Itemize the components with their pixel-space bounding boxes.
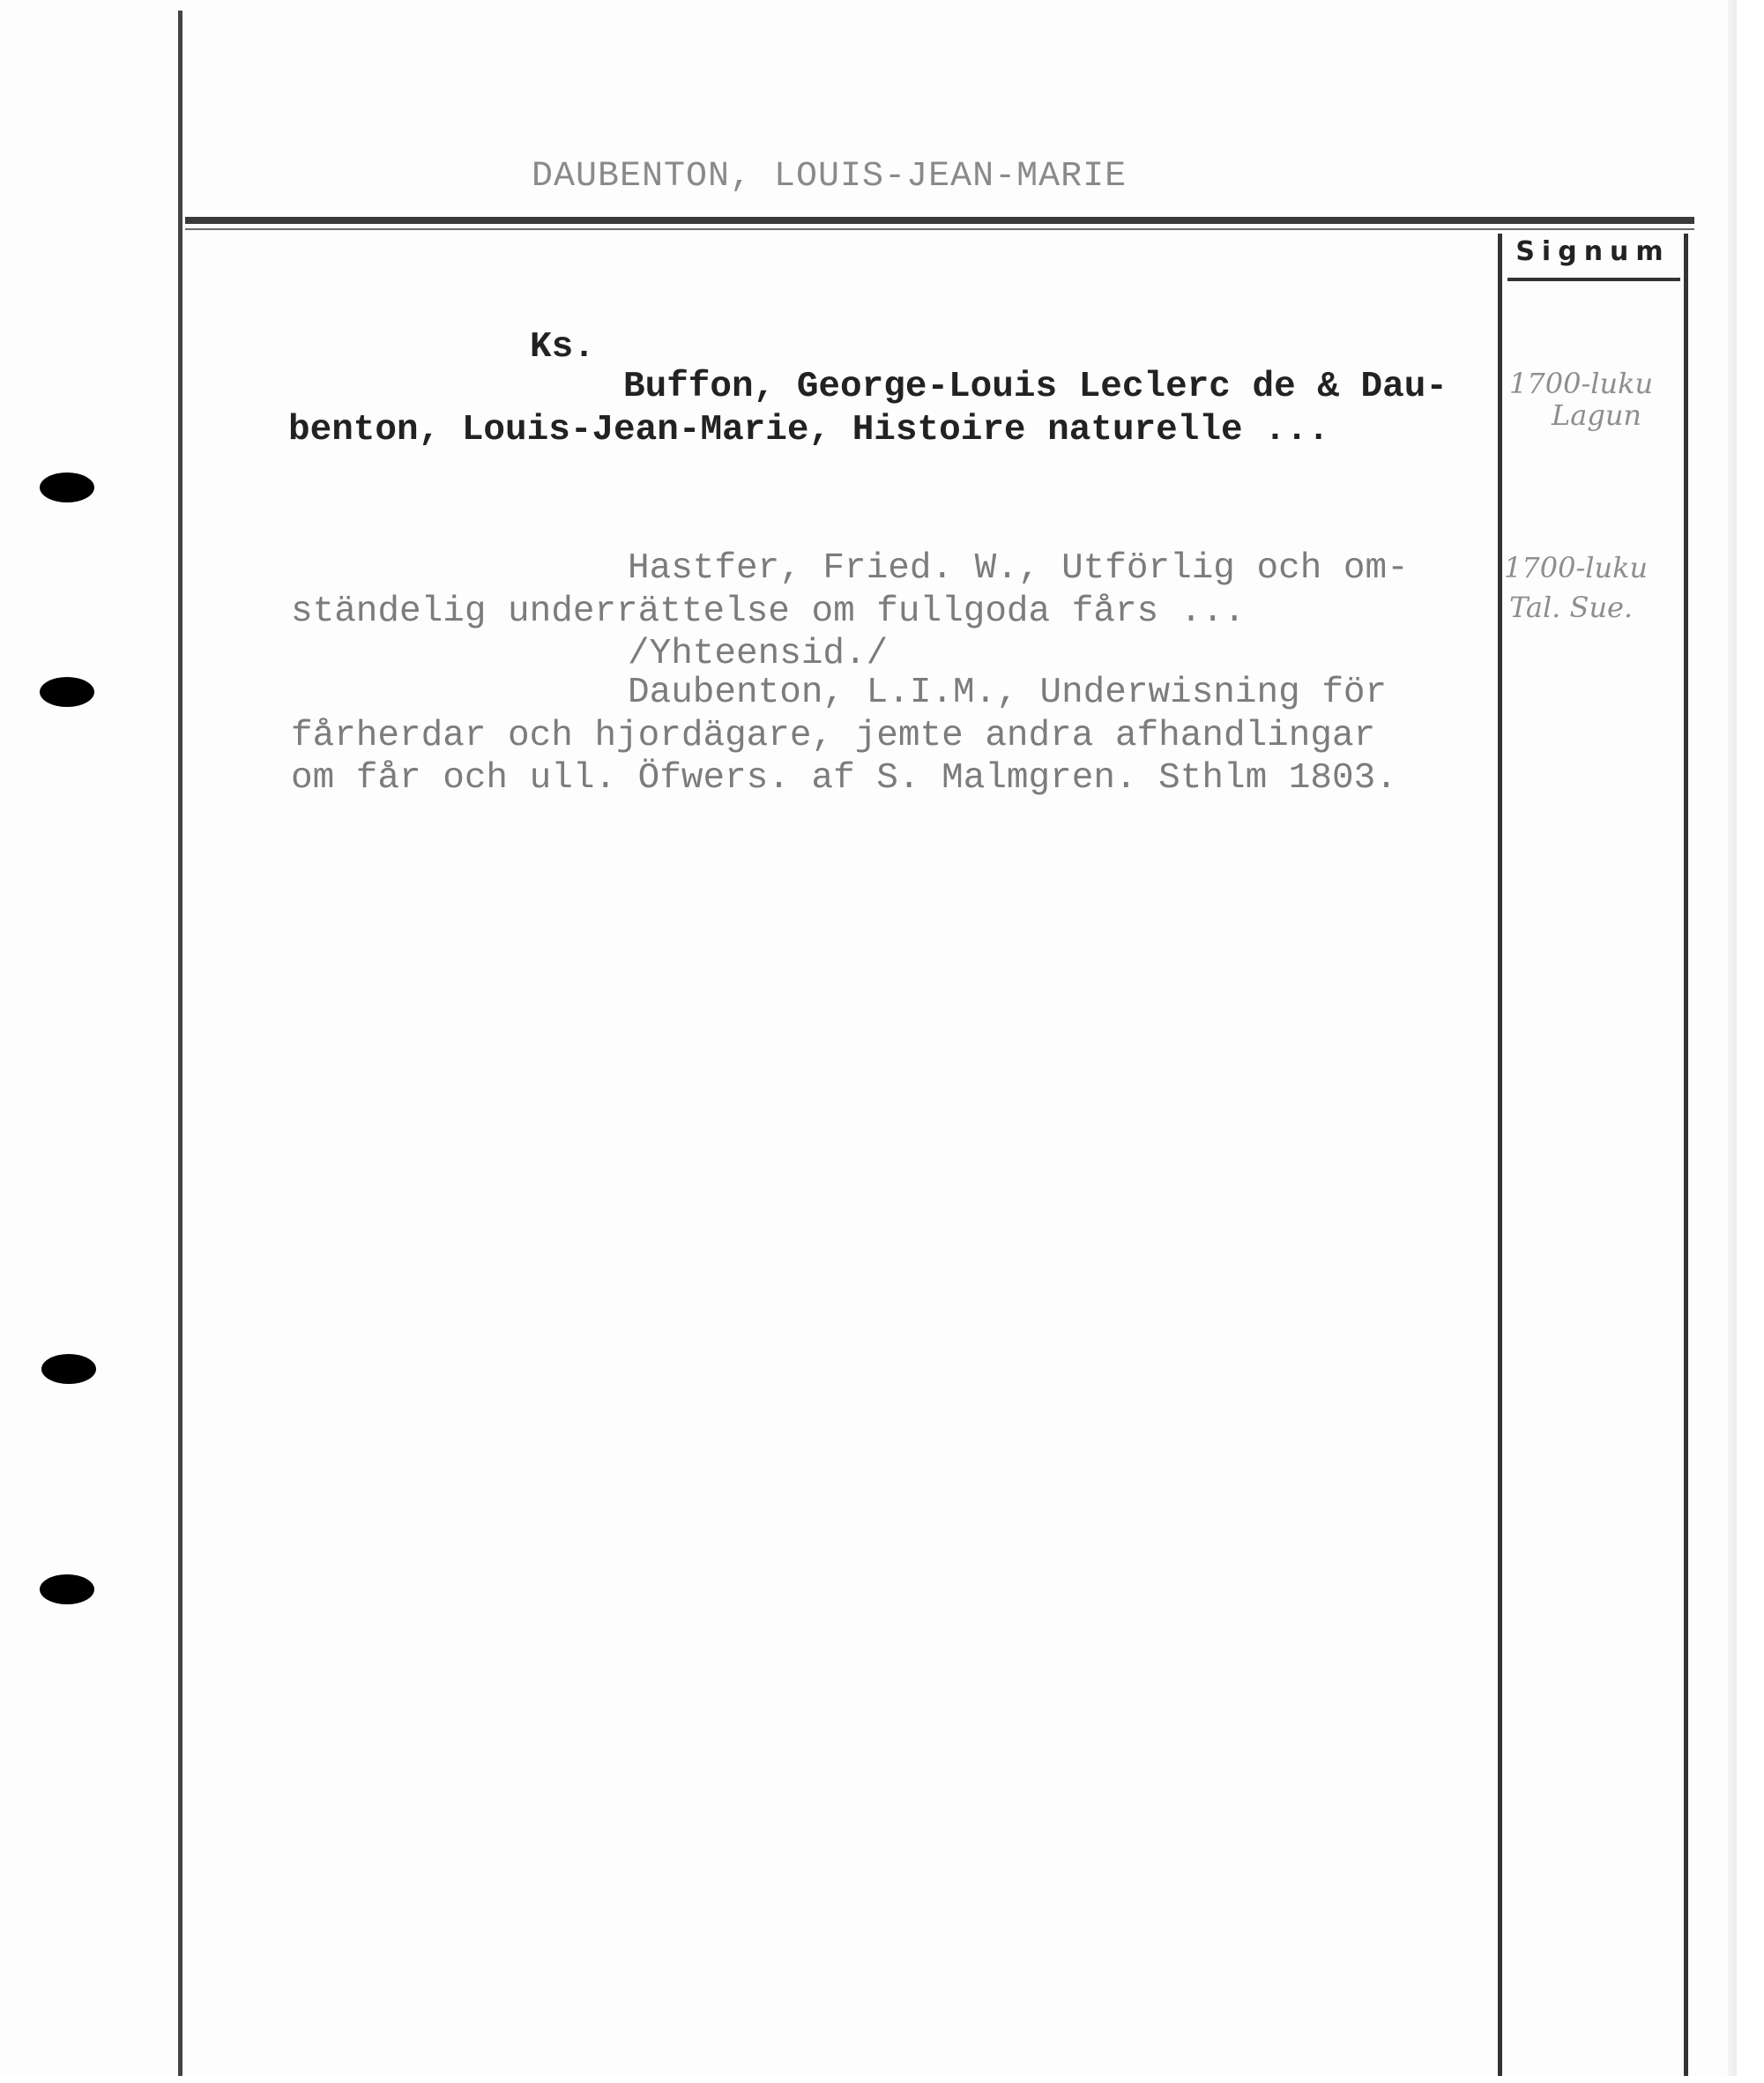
card-left-margin-line <box>178 11 182 2076</box>
entry-1-line-1: Buffon, George-Louis Leclerc de & Dau- <box>623 366 1448 408</box>
catalog-card <box>0 0 1735 2076</box>
punch-hole <box>41 1354 96 1384</box>
signum-column-right-border <box>1684 234 1688 2076</box>
signum-handwritten-1-line-2: Lagun <box>1552 398 1641 432</box>
entry-2-line-6: om får och ull. Öfwers. af S. Malmgren. … <box>291 757 1397 800</box>
punch-hole <box>40 472 94 502</box>
signum-handwritten-1-line-1: 1700-luku <box>1509 367 1653 400</box>
signum-column-left-border <box>1498 234 1502 2076</box>
entry-2-line-4: Daubenton, L.I.M., Underwisning för <box>628 672 1387 714</box>
see-also-label: Ks. <box>530 326 595 368</box>
heading-rule-thick <box>185 217 1694 224</box>
punch-hole <box>40 677 94 707</box>
signum-handwritten-2-line-2: Tal. Sue. <box>1509 591 1633 624</box>
punch-hole <box>40 1574 94 1604</box>
heading-rule-thin <box>185 228 1694 230</box>
entry-2-line-3: /Yhteensid./ <box>628 633 888 675</box>
card-heading: DAUBENTON, LOUIS-JEAN-MARIE <box>532 157 1127 197</box>
entry-2-line-5: fårherdar och hjordägare, jemte andra af… <box>291 715 1375 757</box>
signum-header: Signum <box>1502 236 1684 267</box>
signum-header-rule <box>1507 278 1680 281</box>
entry-2-line-2: ständelig underrättelse om fullgoda fårs… <box>291 591 1246 633</box>
paper-edge <box>1728 0 1737 2076</box>
entry-1-line-2: benton, Louis-Jean-Marie, Histoire natur… <box>288 409 1329 451</box>
signum-handwritten-2-line-1: 1700-luku <box>1504 551 1648 584</box>
entry-2-line-1: Hastfer, Fried. W., Utförlig och om- <box>628 547 1409 590</box>
